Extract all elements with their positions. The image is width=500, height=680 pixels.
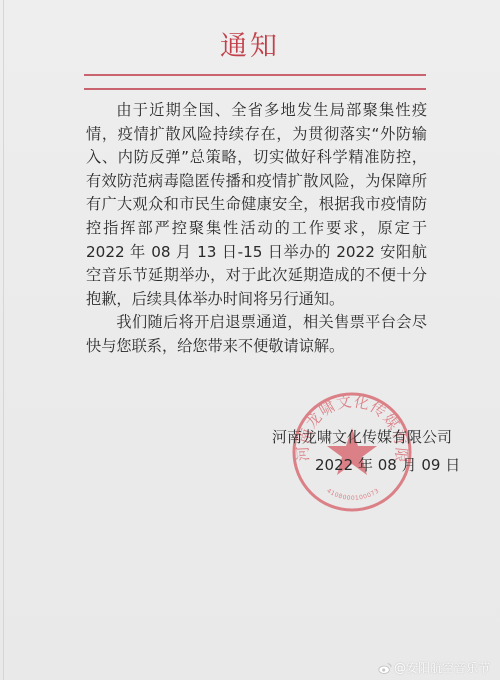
page-edge xyxy=(3,0,4,680)
paragraph-2: 我们随后将开启退票通道，相关售票平台会尽快与您联系，给您带来不便敬请谅解。 xyxy=(86,311,427,358)
watermark: @安阳航空音乐节 xyxy=(378,660,490,676)
document-page: 通知 由于近期全国、全省多地发生局部聚集性疫情，疫情扩散风险持续存在，为贯彻落实… xyxy=(0,0,500,680)
watermark-text: @安阳航空音乐节 xyxy=(394,660,490,676)
document-body: 由于近期全国、全省多地发生局部聚集性疫情，疫情扩散风险持续存在，为贯彻落实“外防… xyxy=(86,99,427,359)
svg-text:4108000100073: 4108000100073 xyxy=(325,487,380,502)
header-rule-top xyxy=(84,74,426,76)
paragraph-1: 由于近期全国、全省多地发生局部聚集性疫情，疫情扩散风险持续存在，为贯彻落实“外防… xyxy=(86,99,427,311)
header-rule-bottom xyxy=(84,88,426,90)
company-seal-icon: 河南龙啸文化传媒有限公司 4108000100073 xyxy=(290,390,414,514)
document-title: 通知 xyxy=(0,31,500,63)
seal-number: 4108000100073 xyxy=(325,487,380,502)
signature-date: 2022 年 08 月 09 日 xyxy=(315,455,460,475)
weibo-icon xyxy=(378,661,392,675)
signature-company: 河南龙啸文化传媒有限公司 xyxy=(272,427,452,447)
